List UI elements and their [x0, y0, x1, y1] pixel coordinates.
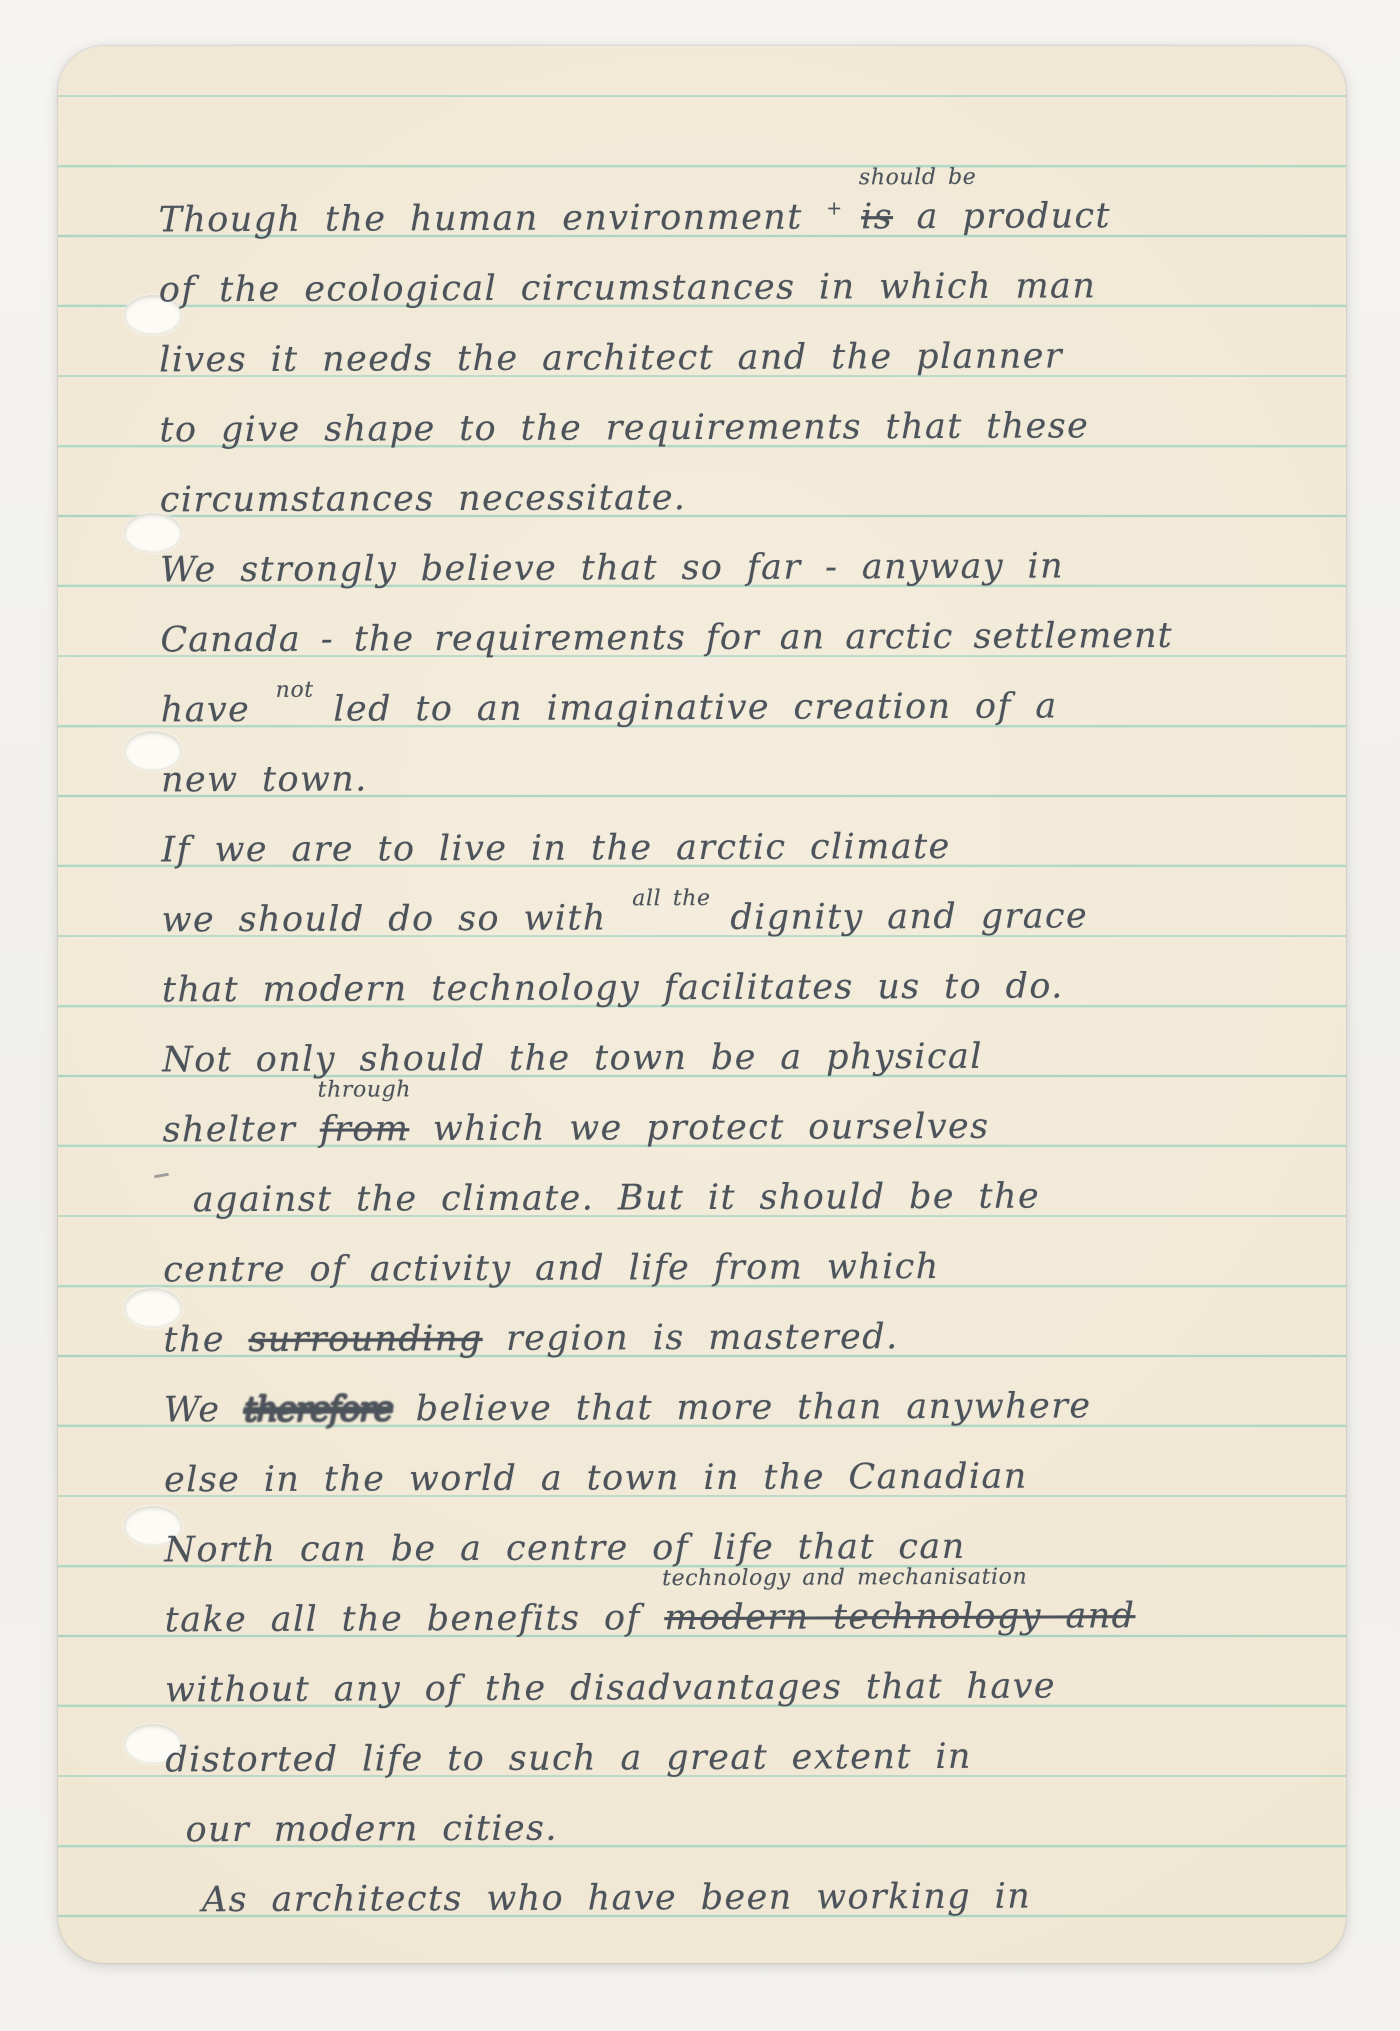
- handwriting-line: to give shape to the requirements that t…: [159, 391, 1089, 465]
- line-text: have: [161, 690, 251, 730]
- line-text: centre of activity and life from which: [163, 1247, 940, 1290]
- line-text: believe that more than anywhere: [416, 1386, 1092, 1429]
- line-text: As architects who have been working in: [202, 1877, 1031, 1921]
- line-text: new town.: [161, 759, 368, 800]
- struck-text: modern technology and: [664, 1596, 1135, 1638]
- handwriting-line: circumstances necessitate.: [160, 463, 687, 535]
- handwriting-line: We strongly believe that so far - anyway…: [160, 531, 1064, 605]
- handwriting-line: that modern technology facilitates us to…: [162, 951, 1064, 1025]
- line-text: to give shape to the requirements that t…: [159, 406, 1089, 450]
- handwriting-line: We therefore believe that more than anyw…: [164, 1371, 1092, 1445]
- handwriting-line: distorted life to such a great extent in: [165, 1722, 972, 1796]
- line-text: the: [163, 1320, 225, 1360]
- inserted-text: not: [276, 680, 314, 702]
- handwriting-line: against the climate. But it should be th…: [193, 1162, 1040, 1236]
- handwriting-line: new town.: [161, 744, 368, 815]
- line-text: take all the benefits of: [165, 1598, 641, 1640]
- line-text: of the ecological circumstances in which…: [159, 266, 1097, 310]
- line-text: If we are to live in the arctic climate: [161, 827, 950, 870]
- line-text: else in the world a town in the Canadian: [164, 1457, 1028, 1501]
- inserted-text: through: [318, 1079, 412, 1101]
- handwriting-line: without any of the disadvantages that ha…: [165, 1651, 1056, 1725]
- inserted-text: all the: [632, 888, 711, 910]
- line-text: dignity and grace: [730, 896, 1088, 938]
- handwriting-line: centre of activity and life from which: [163, 1232, 940, 1305]
- line-text: without any of the disadvantages that ha…: [165, 1666, 1056, 1710]
- handwriting-line: we should do so with all the dignity and…: [161, 881, 1088, 955]
- handwriting-line: have not led to an imaginative creation …: [161, 671, 1058, 745]
- correction-stack: throughfrom: [320, 1094, 410, 1164]
- handwriting-line: Canada - the requirements for an arctic …: [160, 601, 1173, 675]
- line-text: that modern technology facilitates us to…: [162, 966, 1064, 1010]
- struck-text: surrounding: [248, 1319, 482, 1360]
- correction-stack: should beis: [861, 182, 893, 252]
- insertion-caret: +: [826, 173, 844, 243]
- handwriting-line: Not only should the town be a physical: [162, 1022, 983, 1096]
- line-text: against the climate. But it should be th…: [193, 1177, 1040, 1221]
- line-text: our modern cities.: [186, 1809, 558, 1851]
- line-text: shelter: [162, 1110, 296, 1151]
- line-text: Though the human environment: [158, 198, 802, 241]
- correction-stack: technology and mechanisationmodern techn…: [664, 1581, 1135, 1653]
- handwriting-line: take all the benefits of technology and …: [165, 1581, 1136, 1655]
- inserted-text: technology and mechanisation: [662, 1567, 1027, 1591]
- line-text: led to an imaginative creation of a: [333, 686, 1057, 729]
- inserted-text: should be: [859, 167, 977, 190]
- line-text: Canada - the requirements for an arctic …: [160, 616, 1172, 660]
- line-text: distorted life to such a great extent in: [165, 1737, 972, 1781]
- line-text: region is mastered.: [506, 1317, 899, 1359]
- line-text: North can be a centre of life that can: [164, 1527, 965, 1570]
- handwriting-line: If we are to live in the arctic climate: [161, 812, 951, 885]
- line-text: We: [164, 1390, 221, 1430]
- handwriting-line: lives it needs the architect and the pla…: [159, 321, 1063, 395]
- handwriting-line: of the ecological circumstances in which…: [159, 251, 1097, 325]
- scribbled-out-word: therefore: [244, 1389, 392, 1430]
- notebook-page: Though the human environment + should be…: [58, 46, 1346, 1963]
- line-text: we should do so with: [162, 898, 607, 940]
- handwriting-content: Though the human environment + should be…: [54, 43, 1350, 1966]
- line-text: Not only should the town be a physical: [162, 1037, 983, 1081]
- line-text: which we protect ourselves: [433, 1107, 990, 1149]
- struck-text: is: [861, 197, 893, 237]
- struck-text: from: [320, 1109, 410, 1149]
- line-text: We strongly believe that so far - anyway…: [160, 546, 1064, 590]
- handwriting-line: the surrounding region is mastered.: [163, 1302, 898, 1375]
- handwriting-line: shelter throughfrom which we protect our…: [162, 1092, 989, 1166]
- handwriting-line: else in the world a town in the Canadian: [164, 1442, 1028, 1516]
- line-text: circumstances necessitate.: [160, 478, 687, 520]
- handwriting-line: Though the human environment + should be…: [158, 181, 1111, 255]
- line-text: a product: [916, 196, 1111, 237]
- handwriting-line: As architects who have been working in: [202, 1862, 1032, 1936]
- line-text: lives it needs the architect and the pla…: [159, 336, 1063, 380]
- handwriting-line: our modern cities.: [185, 1794, 558, 1866]
